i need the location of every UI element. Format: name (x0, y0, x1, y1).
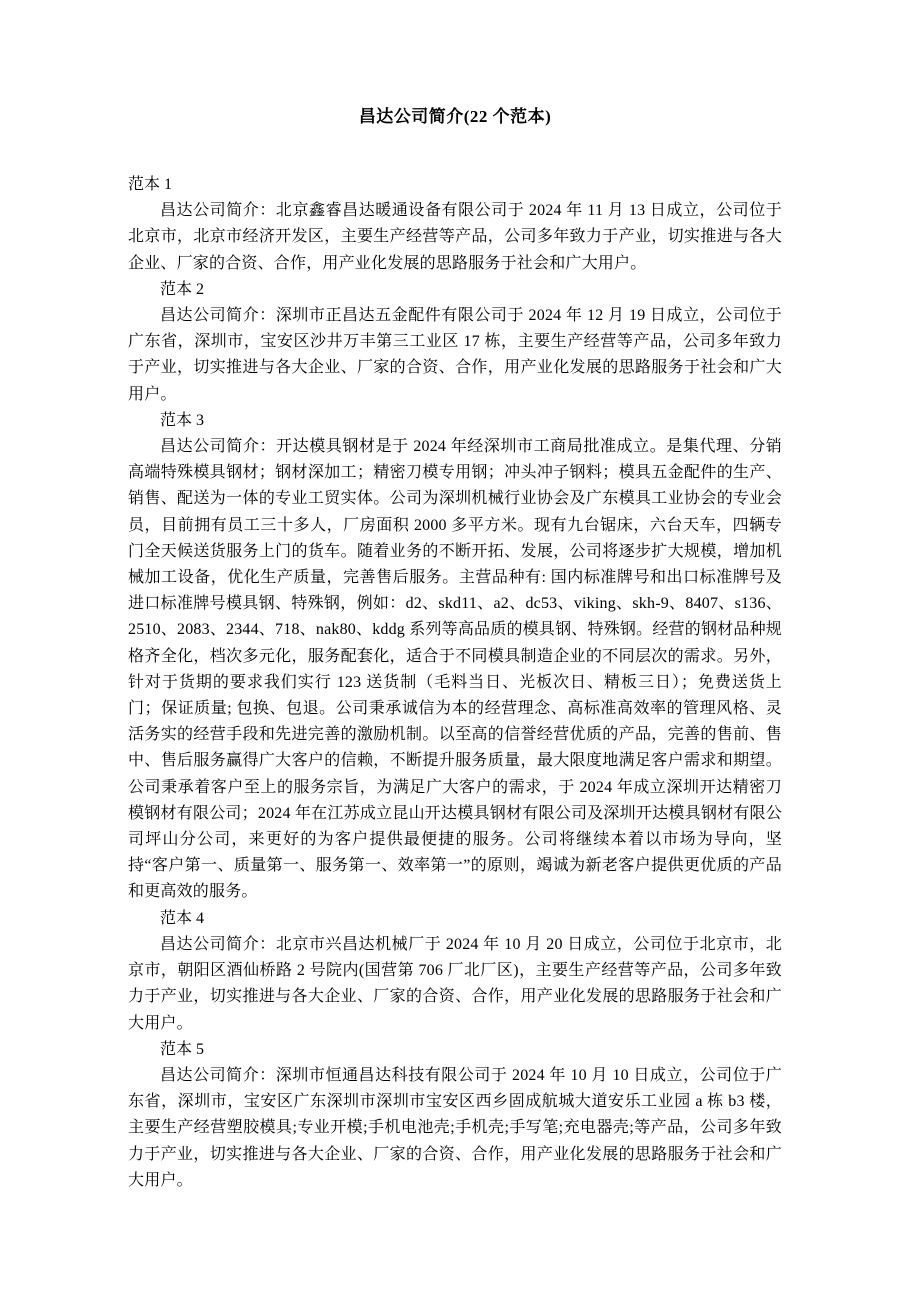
section-heading: 范本 3 (128, 408, 782, 434)
section-heading: 范本 5 (128, 1037, 782, 1063)
document-body: 范本 1昌达公司简介：北京鑫睿昌达暖通设备有限公司于 2024 年 11 月 1… (128, 172, 782, 1194)
section-paragraph: 昌达公司简介：深圳市正昌达五金配件有限公司于 2024 年 12 月 19 日成… (128, 303, 782, 408)
section-heading: 范本 4 (128, 906, 782, 932)
section-paragraph: 昌达公司简介：北京鑫睿昌达暖通设备有限公司于 2024 年 11 月 13 日成… (128, 198, 782, 277)
document-title: 昌达公司简介(22 个范本) (128, 102, 782, 132)
document-page: 昌达公司简介(22 个范本) 范本 1昌达公司简介：北京鑫睿昌达暖通设备有限公司… (0, 0, 920, 1302)
section-heading: 范本 2 (128, 277, 782, 303)
section-heading: 范本 1 (128, 172, 782, 198)
section-paragraph: 昌达公司简介：深圳市恒通昌达科技有限公司于 2024 年 10 月 10 日成立… (128, 1063, 782, 1194)
section-paragraph: 昌达公司简介：开达模具钢材是于 2024 年经深圳市工商局批准成立。是集代理、分… (128, 434, 782, 906)
section-paragraph: 昌达公司简介：北京市兴昌达机械厂于 2024 年 10 月 20 日成立，公司位… (128, 932, 782, 1037)
